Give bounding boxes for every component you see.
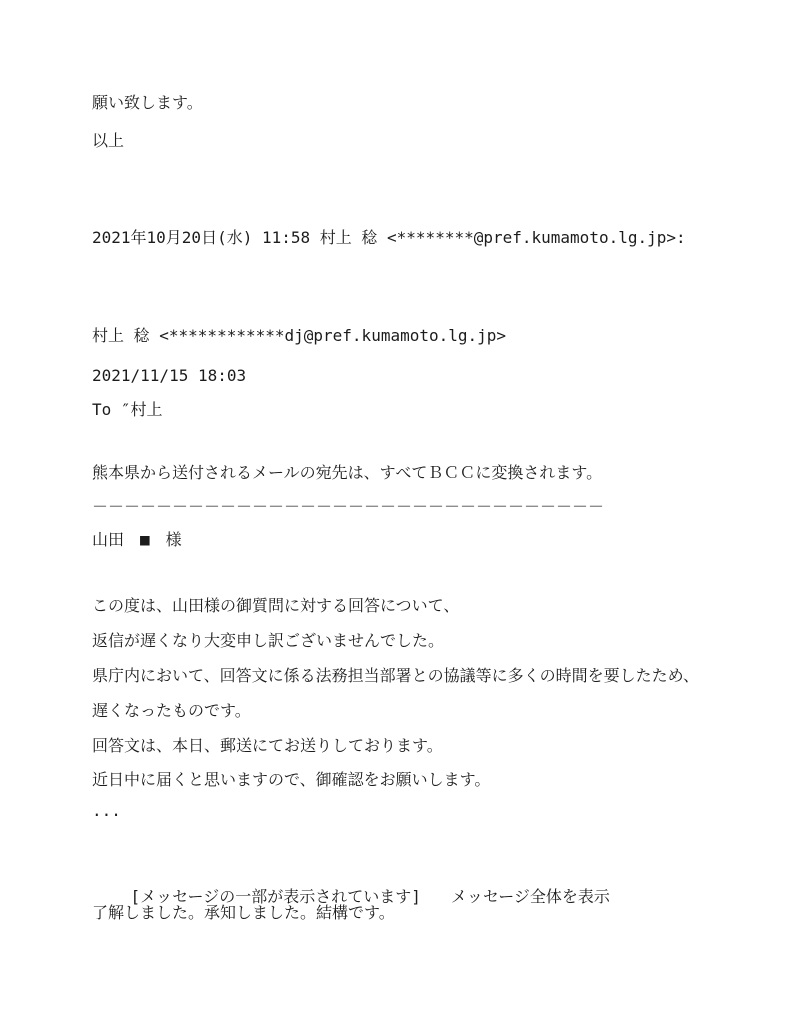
ellipsis-line: ...	[92, 801, 121, 820]
sign-off-line: 以上	[92, 131, 124, 150]
body-line: 近日中に届くと思いますので、御確認をお願いします。	[92, 770, 490, 789]
quoted-reply-header-line: 2021年10月20日(水) 11:58 村上 稔 <********@pref…	[92, 228, 686, 247]
trailing-summary-line: 了解しました。承知しました。結構です。	[92, 903, 395, 922]
to-line: To ″村上	[92, 400, 163, 419]
bcc-notice-line: 熊本県から送付されるメールの宛先は、すべてＢＣＣに変換されます。	[92, 463, 602, 482]
body-line: 回答文は、本日、郵送にてお送りしております。	[92, 736, 443, 755]
body-line: 遅くなったものです。	[92, 701, 251, 720]
closing-line: 願い致します。	[92, 93, 203, 112]
sender-line: 村上 稔 <************dj@pref.kumamoto.lg.jp…	[92, 326, 506, 345]
body-line: この度は、山田様の御質問に対する回答について、	[92, 596, 459, 615]
divider-line: －－－－－－－－－－－－－－－－－－－－－－－－－－－－－－－－	[92, 497, 604, 516]
datetime-line: 2021/11/15 18:03	[92, 366, 246, 385]
show-full-message-link[interactable]: メッセージ全体を表示	[451, 887, 610, 906]
body-line: 返信が遅くなり大変申し訳ございませんでした。	[92, 631, 444, 650]
email-document-page: 願い致します。 以上 2021年10月20日(水) 11:58 村上 稔 <**…	[0, 0, 791, 1024]
body-line: 県庁内において、回答文に係る法務担当部署との協議等に多くの時間を要したため、	[92, 666, 699, 685]
recipient-line: 山田 ■ 様	[92, 530, 182, 549]
